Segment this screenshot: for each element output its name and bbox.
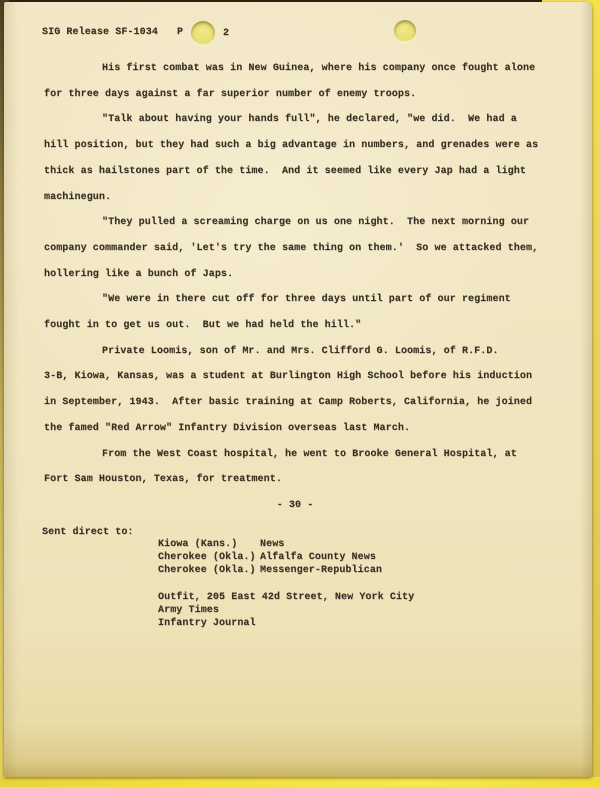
- distribution-location: Cherokee (Okla.): [158, 564, 260, 577]
- punch-hole-right: [394, 20, 416, 42]
- publication-line: Outfit, 205 East 42d Street, New York Ci…: [158, 591, 414, 604]
- end-mark: - 30 -: [44, 493, 546, 519]
- publication-line: Infantry Journal: [158, 617, 414, 630]
- paragraph-cut-off-quote: "We were in there cut off for three days…: [44, 287, 546, 338]
- paragraph-biography: Private Loomis, son of Mr. and Mrs. Clif…: [44, 339, 546, 442]
- distribution-paper: Alfalfa County News: [260, 551, 376, 564]
- distribution-paper: News: [260, 538, 284, 551]
- distribution-row: Cherokee (Okla.) Alfalfa County News: [158, 551, 414, 564]
- distribution-location: Cherokee (Okla.): [158, 551, 260, 564]
- paragraph-combat-new-guinea: His first combat was in New Guinea, wher…: [44, 56, 546, 107]
- punch-hole-left: [191, 21, 215, 45]
- distribution-row: Cherokee (Okla.) Messenger-Republican: [158, 564, 414, 577]
- paragraph-hands-full-quote: "Talk about having your hands full", he …: [44, 107, 546, 210]
- publication-line: Army Times: [158, 604, 414, 617]
- distribution-table: Kiowa (Kans.) News Cherokee (Okla.) Alfa…: [158, 538, 414, 630]
- distribution-paper: Messenger-Republican: [260, 564, 382, 577]
- document-body: His first combat was in New Guinea, wher…: [44, 56, 546, 519]
- distribution-label: Sent direct to:: [42, 527, 134, 538]
- page-number-prefix: P: [177, 27, 183, 38]
- paragraph-screaming-charge-quote: "They pulled a screaming charge on us on…: [44, 210, 546, 287]
- scanned-document: SIG Release SF-1034 P 2 His first combat…: [0, 0, 600, 787]
- distribution-row: Kiowa (Kans.) News: [158, 538, 414, 551]
- release-id: SIG Release SF-1034: [42, 27, 158, 38]
- page-number-suffix: 2: [223, 28, 229, 39]
- distribution-location: Kiowa (Kans.): [158, 538, 260, 551]
- paragraph-hospital: From the West Coast hospital, he went to…: [44, 442, 546, 493]
- publications-list: Outfit, 205 East 42d Street, New York Ci…: [158, 591, 414, 630]
- backing-sheet-bottom-edge: [0, 777, 600, 787]
